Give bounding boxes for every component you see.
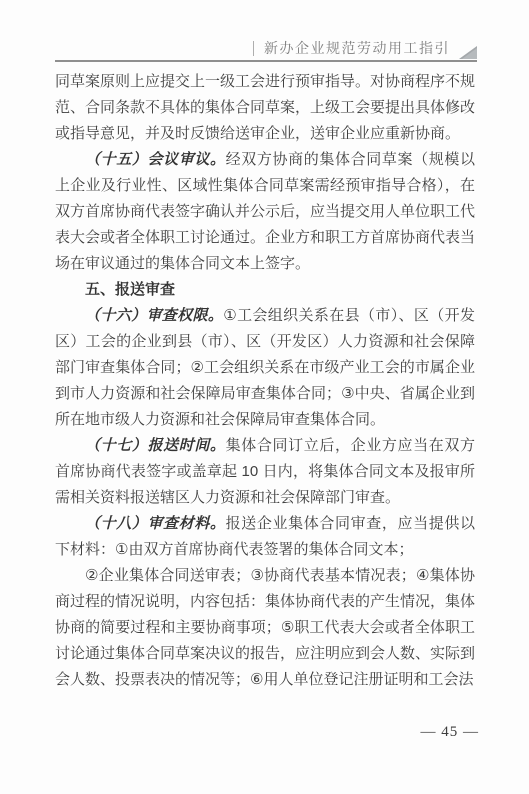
clause-16-text: ①工会组织关系在县（市）、区（开发区）工会的企业到县（市）、区（开发区）人力资源… bbox=[55, 307, 475, 428]
paragraph-clause-16: （十六）审查权限。①工会组织关系在县（市）、区（开发区）工会的企业到县（市）、区… bbox=[55, 303, 475, 433]
corner-triangle-icon bbox=[459, 46, 477, 59]
section-heading: 五、报送审查 bbox=[55, 277, 475, 303]
document-page: 新办企业规范劳动用工指引 同草案原则上应提交上一级工会进行预审指导。对协商程序不… bbox=[0, 0, 529, 794]
clause-15-text: 经双方协商的集体合同草案（规模以上企业及行业性、区域性集体合同草案需经预审指导合… bbox=[55, 151, 475, 272]
paragraph-clause-15: （十五）会议审议。经双方协商的集体合同草案（规模以上企业及行业性、区域性集体合同… bbox=[55, 147, 475, 277]
page-header: 新办企业规范劳动用工指引 bbox=[0, 0, 529, 62]
clause-15-label: （十五）会议审议。 bbox=[85, 151, 226, 168]
paragraph-clause-17: （十七）报送时间。集体合同订立后，企业方应当在双方首席协商代表签字或盖章起 10… bbox=[55, 433, 475, 511]
clause-16-label: （十六）审查权限。 bbox=[85, 307, 223, 324]
paragraph-clause-18: （十八）审查材料。报送企业集体合同审查，应当提供以下材料：①由双方首席协商代表签… bbox=[55, 511, 475, 563]
header-rule bbox=[55, 60, 477, 62]
header-title: 新办企业规范劳动用工指引 bbox=[264, 38, 450, 58]
header-separator-bar bbox=[253, 41, 254, 56]
body-text: 同草案原则上应提交上一级工会进行预审指导。对协商程序不规范、合同条款不具体的集体… bbox=[55, 69, 475, 693]
clause-18-label: （十八）审查材料。 bbox=[85, 515, 226, 532]
page-number: — 45 — bbox=[421, 724, 480, 741]
paragraph-continuation: 同草案原则上应提交上一级工会进行预审指导。对协商程序不规范、合同条款不具体的集体… bbox=[55, 69, 475, 147]
header-title-row: 新办企业规范劳动用工指引 bbox=[0, 38, 529, 58]
paragraph-materials-list: ②企业集体合同送审表；③协商代表基本情况表；④集体协商过程的情况说明，内容包括：… bbox=[55, 563, 475, 693]
clause-17-label: （十七）报送时间。 bbox=[85, 437, 226, 454]
